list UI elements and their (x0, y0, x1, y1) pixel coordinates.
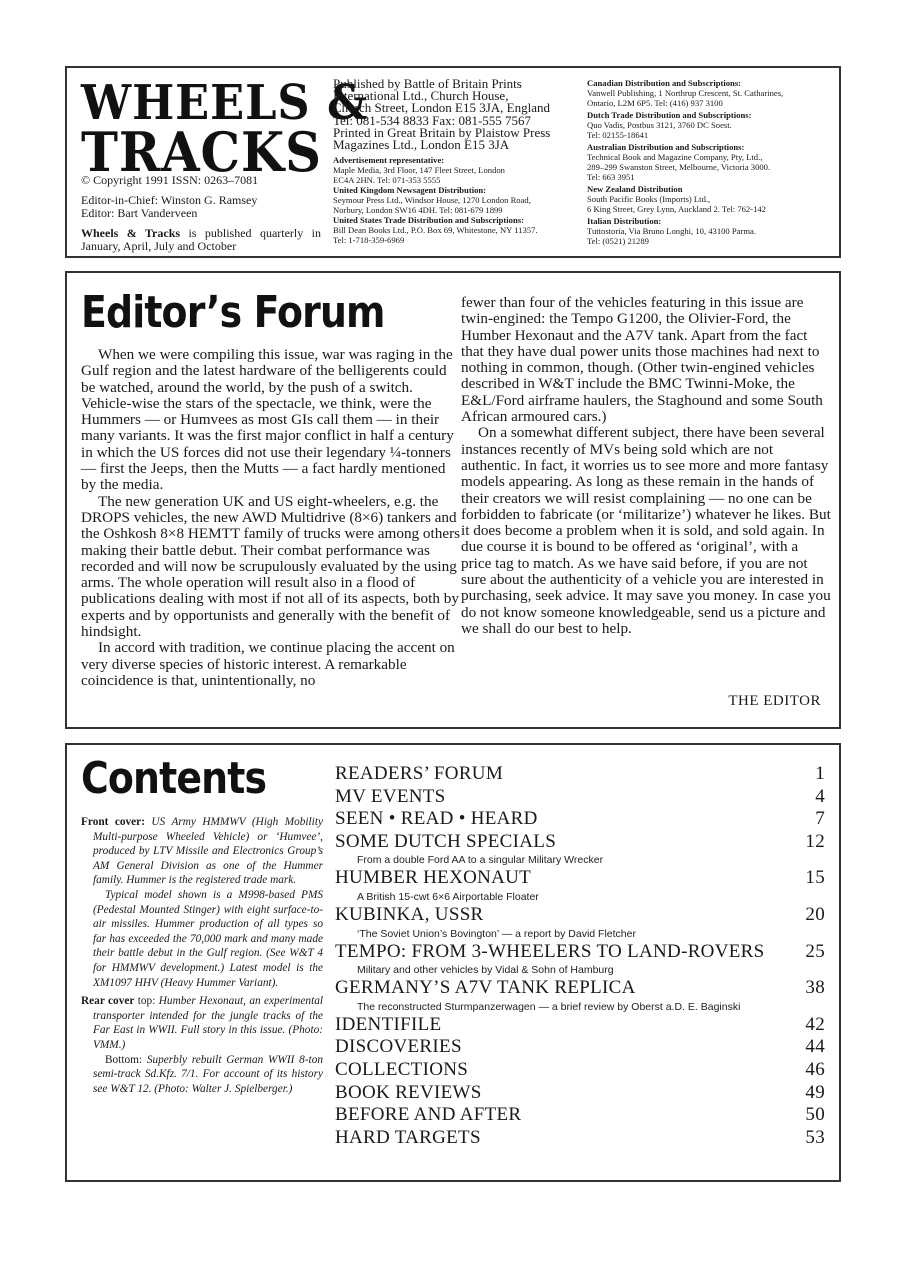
cover-captions: Front cover: US Army HMMWV (High Mobilit… (81, 815, 323, 1096)
toc-entry-page: 4 (815, 786, 825, 809)
contact-group: Canadian Distribution and Subscriptions:… (587, 78, 837, 108)
editor: Editor: Bart Vanderveen (81, 206, 197, 220)
editors-forum-title: Editor’s Forum (81, 291, 385, 335)
editorial-paragraph: When we were compiling this issue, war w… (81, 347, 461, 494)
toc-entry[interactable]: BEFORE AND AFTER50 (335, 1104, 825, 1127)
contents-title: Contents (81, 757, 266, 801)
editorial-paragraph: On a somewhat different subject, there h… (461, 425, 831, 637)
rear-cover-top-label: top: (134, 995, 155, 1007)
contents-box: Contents Front cover: US Army HMMWV (Hig… (65, 743, 841, 1182)
toc-entry[interactable]: COLLECTIONS46 (335, 1059, 825, 1082)
toc-entry-page: 12 (805, 831, 825, 854)
toc-entry-page: 20 (805, 904, 825, 927)
contact-heading: Italian Distribution: (587, 216, 837, 226)
contact-heading: United States Trade Distribution and Sub… (333, 215, 578, 225)
toc-entry-page: 38 (805, 977, 825, 1000)
front-cover-caption: Front cover: US Army HMMWV (High Mobilit… (81, 815, 323, 888)
editorial-paragraph: The new generation UK and US eight-wheel… (81, 494, 461, 641)
toc-entry-title: SEEN • READ • HEARD (335, 808, 538, 831)
rear-cover-bottom-label: Bottom: (105, 1054, 142, 1066)
toc-entry[interactable]: TEMPO: FROM 3-WHEELERS TO LAND-ROVERS25 (335, 941, 825, 964)
masthead-credits: © Copyright 1991 ISSN: 0263–7081 Editor-… (81, 174, 321, 260)
toc-entry-page: 7 (815, 808, 825, 831)
toc-entry-title: DISCOVERIES (335, 1036, 462, 1059)
toc-entry-page: 53 (805, 1127, 825, 1150)
magazine-logo: WHEELS & TRACKS (81, 80, 321, 178)
toc-entry-page: 25 (805, 941, 825, 964)
publication-frequency: Wheels & Tracks is published quarterly i… (81, 227, 321, 254)
editor-signature: THE EDITOR (728, 693, 821, 710)
publisher-line: Magazines Ltd., London E15 3JA (333, 139, 578, 151)
toc-entry[interactable]: SOME DUTCH SPECIALS12 (335, 831, 825, 854)
contact-line: Tel: 02155-18641 (587, 130, 837, 140)
toc-entry-subtitle: ‘The Soviet Union’s Bovington’ — a repor… (335, 927, 825, 941)
contact-line: Tel: 1-718-359-6969 (333, 235, 578, 245)
toc-entry-title: IDENTIFILE (335, 1014, 441, 1037)
toc-entry[interactable]: MV EVENTS4 (335, 786, 825, 809)
toc-entry-subtitle: From a double Ford AA to a singular Mili… (335, 853, 825, 867)
contact-group: New Zealand Distribution South Pacific B… (587, 184, 837, 214)
toc-entry[interactable]: GERMANY’S A7V TANK REPLICA38 (335, 977, 825, 1000)
contact-group: Australian Distribution and Subscription… (587, 142, 837, 182)
editorial-paragraph: In accord with tradition, we continue pl… (81, 640, 461, 689)
toc-entry-title: HARD TARGETS (335, 1127, 481, 1150)
toc-entry-page: 42 (805, 1014, 825, 1037)
toc-entry-title: KUBINKA, USSR (335, 904, 484, 927)
contact-line: Tel: 663 3951 (587, 172, 837, 182)
international-distribution: Canadian Distribution and Subscriptions:… (587, 78, 837, 248)
contact-heading: New Zealand Distribution (587, 184, 837, 194)
rear-cover-caption-bottom: Bottom: Superbly rebuilt German WWII 8-t… (81, 1053, 323, 1097)
toc-entry[interactable]: HARD TARGETS53 (335, 1127, 825, 1150)
contact-line: Seymour Press Ltd., Windsor House, 1270 … (333, 195, 578, 205)
toc-entry-title: GERMANY’S A7V TANK REPLICA (335, 977, 636, 1000)
toc-entry-title: BEFORE AND AFTER (335, 1104, 521, 1127)
contact-line: EC4A 2HN. Tel: 071-353 5555 (333, 175, 578, 185)
front-cover-text-2: Typical model shown is a M998-based PMS … (93, 889, 323, 989)
rear-cover-label: Rear cover (81, 995, 134, 1007)
toc-entry-title: MV EVENTS (335, 786, 446, 809)
editorial-column-left: When we were compiling this issue, war w… (81, 347, 461, 689)
contact-heading: Advertisement representative: (333, 155, 578, 165)
front-cover-caption-2: Typical model shown is a M998-based PMS … (81, 888, 323, 990)
publication-title: Wheels & Tracks (81, 226, 180, 240)
toc-entry-title: SOME DUTCH SPECIALS (335, 831, 556, 854)
toc-entry-title: BOOK REVIEWS (335, 1082, 482, 1105)
toc-entry[interactable]: IDENTIFILE42 (335, 1014, 825, 1037)
toc-entry-subtitle: Military and other vehicles by Vidal & S… (335, 963, 825, 977)
contact-line: 289–299 Swanston Street, Melbourne, Vict… (587, 162, 837, 172)
logo-line-2: TRACKS (81, 126, 302, 178)
contact-line: Vanwell Publishing, 1 Northrup Crescent,… (587, 88, 837, 98)
editorial-column-right: fewer than four of the vehicles featurin… (461, 295, 831, 637)
publisher-info: Published by Battle of Britain Prints In… (333, 78, 578, 245)
table-of-contents: READERS’ FORUM1MV EVENTS4SEEN • READ • H… (335, 763, 825, 1149)
copyright-notice: © Copyright 1991 ISSN: 0263–7081 (81, 174, 321, 188)
contact-line: Tuttostoria, Via Bruno Longhi, 10, 43100… (587, 226, 837, 236)
front-cover-label: Front cover: (81, 816, 145, 828)
toc-entry[interactable]: KUBINKA, USSR20 (335, 904, 825, 927)
contact-heading: Dutch Trade Distribution and Subscriptio… (587, 110, 837, 120)
contact-group: Dutch Trade Distribution and Subscriptio… (587, 110, 837, 140)
contact-line: Norbury, London SW16 4DH. Tel: 081-679 1… (333, 205, 578, 215)
toc-entry-title: READERS’ FORUM (335, 763, 503, 786)
contact-line: Bill Dean Books Ltd., P.O. Box 69, White… (333, 225, 578, 235)
toc-entry-page: 1 (815, 763, 825, 786)
contact-line: Technical Book and Magazine Company, Pty… (587, 152, 837, 162)
publisher-block: Published by Battle of Britain Prints In… (333, 78, 578, 151)
toc-entry-subtitle: The reconstructed Sturmpanzerwagen — a b… (335, 1000, 825, 1014)
contact-line: South Pacific Books (Imports) Ltd., (587, 194, 837, 204)
contact-group: Italian Distribution: Tuttostoria, Via B… (587, 216, 837, 246)
rear-cover-caption: Rear cover top: Humber Hexonaut, an expe… (81, 994, 323, 1052)
toc-entry[interactable]: READERS’ FORUM1 (335, 763, 825, 786)
contact-heading: Canadian Distribution and Subscriptions: (587, 78, 837, 88)
editor-in-chief: Editor-in-Chief: Winston G. Ramsey (81, 193, 257, 207)
toc-entry-page: 44 (805, 1036, 825, 1059)
toc-entry-page: 46 (805, 1059, 825, 1082)
distribution-list: Advertisement representative: Maple Medi… (333, 155, 578, 245)
toc-entry[interactable]: SEEN • READ • HEARD7 (335, 808, 825, 831)
editors-forum-box: Editor’s Forum When we were compiling th… (65, 271, 841, 729)
toc-entry-title: HUMBER HEXONAUT (335, 867, 531, 890)
contact-line: Quo Vadis, Postbus 3121, 3760 DC Soest. (587, 120, 837, 130)
toc-entry[interactable]: HUMBER HEXONAUT15 (335, 867, 825, 890)
contact-heading: United Kingdom Newsagent Distribution: (333, 185, 578, 195)
editor-credits: Editor-in-Chief: Winston G. Ramsey Edito… (81, 194, 321, 221)
contact-line: 6 King Street, Grey Lynn, Auckland 2. Te… (587, 204, 837, 214)
toc-entry-page: 49 (805, 1082, 825, 1105)
masthead-box: WHEELS & TRACKS © Copyright 1991 ISSN: 0… (65, 66, 841, 258)
contact-line: Tel: (0521) 21289 (587, 236, 837, 246)
toc-entry-title: TEMPO: FROM 3-WHEELERS TO LAND-ROVERS (335, 941, 764, 964)
toc-entry-title: COLLECTIONS (335, 1059, 468, 1082)
contact-line: Ontario, L2M 6P5. Tel: (416) 937 3100 (587, 98, 837, 108)
toc-entry[interactable]: DISCOVERIES44 (335, 1036, 825, 1059)
toc-entry-subtitle: A British 15-cwt 6×6 Airportable Floater (335, 890, 825, 904)
editorial-paragraph: fewer than four of the vehicles featurin… (461, 295, 831, 425)
toc-entry-page: 50 (805, 1104, 825, 1127)
contact-heading: Australian Distribution and Subscription… (587, 142, 837, 152)
toc-entry-page: 15 (805, 867, 825, 890)
contact-line: Maple Media, 3rd Floor, 147 Fleet Street… (333, 165, 578, 175)
toc-entry[interactable]: BOOK REVIEWS49 (335, 1082, 825, 1105)
